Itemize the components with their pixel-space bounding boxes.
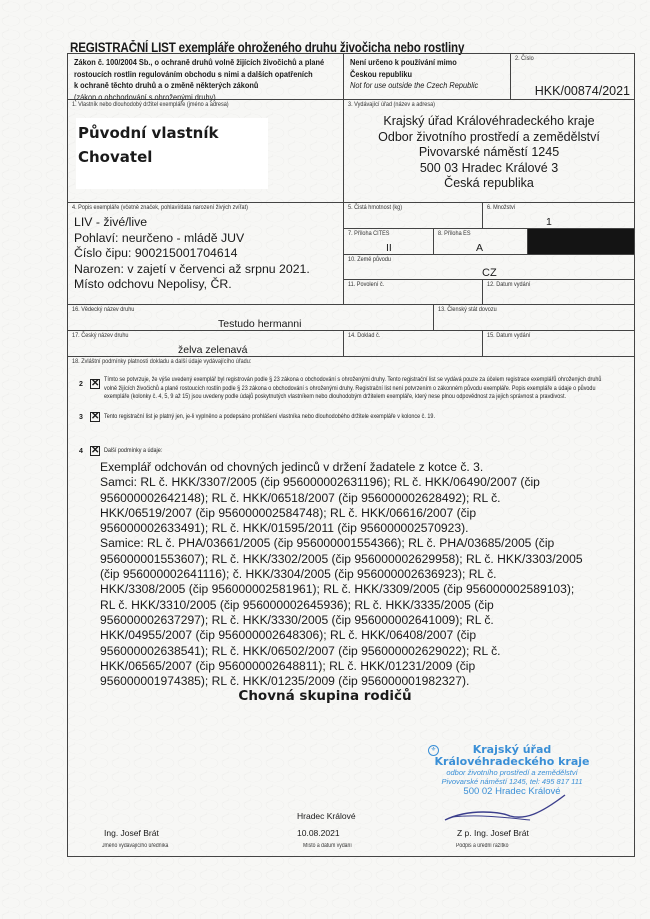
condition-line: Samice: RL č. PHA/03661/2005 (čip 956000…: [100, 536, 583, 551]
condition-line: Tímto se potvrzuje, že výše uvedený exem…: [104, 376, 601, 385]
condition-line: HKK/06565/2007 (čip 956000002648811); RL…: [100, 659, 583, 674]
field-label: 12. Datum vydání: [487, 281, 530, 288]
field-2-number: 2. Číslo HKK/00874/2021: [510, 53, 635, 100]
notice-line: Českou republiku: [350, 69, 478, 81]
field-label: 8. Příloha ES: [438, 230, 471, 237]
officer-caption: Jméno vydávajícího úředníka: [102, 843, 168, 849]
field-10-country-of-origin: 10. Země původu CZ: [343, 254, 635, 280]
condition-text-4: Další podmínky a údaje:: [104, 447, 162, 456]
condition-line: volně žijících živočichů a planě rostouc…: [104, 385, 601, 394]
condition-line: HKK/04955/2007 (čip 956000002648306); RL…: [100, 628, 583, 643]
conditions-heading: Chovná skupina rodičů: [0, 688, 650, 704]
field-label: 7. Příloha CITES: [348, 230, 389, 237]
field-label: 6. Množství: [487, 204, 515, 211]
condition-line: Samci: RL č. HKK/3307/2005 (čip 95600000…: [100, 475, 583, 490]
condition-line: 956000002637297); RL č. HKK/3330/2005 (č…: [100, 613, 583, 628]
field-9-redacted: [527, 228, 635, 255]
field-1-owner: 1. Vlastník nebo dlouhodobý držitel exem…: [67, 99, 344, 203]
field-5-net-mass: 5. Čistá hmotnost (kg): [343, 202, 483, 229]
field-label: 4. Popis exempláře (včetně značek, pohla…: [72, 204, 248, 211]
condition-checkbox[interactable]: ✕: [90, 412, 100, 422]
field-12-issue-date: 12. Datum vydání: [482, 279, 635, 305]
redaction-block: [528, 229, 634, 254]
notice-line: Není určeno k používání mimo: [350, 57, 478, 69]
field-label: 17. Český název druhu: [72, 332, 129, 339]
field-15-document-date: 15. Datum vydání: [482, 330, 635, 357]
condition-line: HKK/3308/2005 (čip 956000002581961); RL …: [100, 582, 583, 597]
field-8-es-appendix: 8. Příloha ES A: [433, 228, 528, 255]
scientific-name-value: Testudo hermanni: [218, 318, 301, 330]
field-14-document-number: 14. Doklad č.: [343, 330, 483, 357]
condition-line: 956000002642148); RL č. HKK/06518/2007 (…: [100, 491, 583, 506]
field-label: 14. Doklad č.: [348, 332, 380, 339]
country-of-origin-value: CZ: [482, 267, 497, 279]
issue-date: 10.08.2021: [297, 828, 340, 838]
field-13-member-state: 13. Členský stát dovozu: [433, 304, 635, 331]
condition-number: 3: [79, 414, 83, 421]
additional-conditions: Exemplář odchován od chovných jedinců v …: [100, 460, 583, 689]
condition-line: exempláře (kolonky č. 4, 5, 9 až 15) jso…: [104, 393, 601, 402]
place-date-caption: Místo a datum vydání: [303, 843, 352, 849]
es-appendix-value: A: [476, 242, 483, 254]
field-label: 3. Vydávající úřad (název a adresa): [348, 101, 435, 108]
description-line: Narozen: v zajetí v červenci až srpnu 20…: [74, 262, 310, 278]
office-line: Odbor životního prostředí a zemědělství: [344, 130, 634, 146]
owner-line: Původní vlastník: [78, 121, 218, 145]
specimen-description: LIV - živé/live Pohlaví: neurčeno - mlád…: [74, 215, 310, 293]
law-line: Zákon č. 100/2004 Sb., o ochraně druhů v…: [74, 57, 324, 69]
condition-line: 956000002638541); RL č. HKK/06502/2007 (…: [100, 644, 583, 659]
field-4-description: 4. Popis exempláře (včetně značek, pohla…: [67, 202, 344, 305]
field-label: 2. Číslo: [515, 55, 534, 62]
law-cell: Zákon č. 100/2004 Sb., o ochraně druhů v…: [67, 53, 344, 100]
field-label: 10. Země původu: [348, 256, 391, 263]
field-label: 16. Vědecký název druhu: [72, 306, 134, 313]
description-line: Pohlaví: neurčeno - mládě JUV: [74, 231, 310, 247]
field-11-permit-number: 11. Povolení č.: [343, 279, 483, 305]
stamp-line: Královéhradeckého kraje: [427, 756, 597, 768]
condition-number: 2: [79, 381, 83, 388]
description-line: Místo odchovu Nepolisy, ČR.: [74, 277, 310, 293]
field-label: 13. Členský stát dovozu: [438, 306, 497, 313]
officer-name: Ing. Josef Brát: [104, 828, 159, 838]
certificate-number: HKK/00874/2021: [535, 84, 630, 98]
signed-by: Z p. Ing. Josef Brát: [457, 828, 529, 838]
office-address: Krajský úřad Královéhradeckého kraje Odb…: [344, 114, 634, 192]
law-text: Zákon č. 100/2004 Sb., o ochraně druhů v…: [74, 57, 324, 103]
owner-name: Původní vlastník Chovatel: [76, 118, 268, 189]
usage-notice: Není určeno k používání mimo Českou repu…: [350, 57, 478, 92]
condition-line: 956000001553607); RL č. HKK/3302/2005 (č…: [100, 552, 583, 567]
office-line: Pivovarské náměstí 1245: [344, 145, 634, 161]
field-3-issuing-office: 3. Vydávající úřad (název a adresa) Kraj…: [343, 99, 635, 203]
condition-text-3: Tento registrační list je platný jen, je…: [104, 413, 435, 422]
field-17-czech-name: 17. Český název druhu želva zelenavá: [67, 330, 344, 357]
field-label: 1. Vlastník nebo dlouhodobý držitel exem…: [72, 101, 229, 108]
condition-line: RL č. HKK/3310/2005 (čip 956000002645936…: [100, 598, 583, 613]
owner-line: Chovatel: [78, 145, 218, 169]
law-line: k ochraně těchto druhů a o změně některý…: [74, 80, 324, 92]
description-line: LIV - živé/live: [74, 215, 310, 231]
signature-caption: Podpis a úřední razítko: [456, 843, 508, 849]
condition-line: 956000002633491); RL č. HKK/01595/2011 (…: [100, 521, 583, 536]
condition-line: HKK/06519/2007 (čip 956000002584748); RL…: [100, 506, 583, 521]
condition-line: Exemplář odchován od chovných jedinců v …: [100, 460, 583, 475]
stamp-line: Pivovarské náměstí 1245, tel: 495 817 11…: [427, 777, 597, 786]
office-line: Krajský úřad Královéhradeckého kraje: [344, 114, 634, 130]
czech-name-value: želva zelenavá: [178, 344, 247, 356]
field-label: 5. Čistá hmotnost (kg): [348, 204, 402, 211]
field-label: 15. Datum vydání: [487, 332, 530, 339]
condition-text-2: Tímto se potvrzuje, že výše uvedený exem…: [104, 376, 601, 402]
notice-cell: Není určeno k používání mimo Českou repu…: [343, 53, 511, 100]
cites-appendix-value: II: [386, 242, 392, 254]
condition-checkbox[interactable]: ✕: [90, 379, 100, 389]
description-line: Číslo čipu: 900215001704614: [74, 246, 310, 262]
signature-scribble: [440, 790, 570, 830]
field-label: 18. Zvláštní podmínky platnosti dokladu …: [72, 358, 251, 365]
condition-line: (čip 956000002641116); č. HKK/3304/2005 …: [100, 567, 583, 582]
field-label: 11. Povolení č.: [348, 281, 384, 288]
stamp-line: odbor životního prostředí a zemědělství: [427, 768, 597, 777]
office-line: 500 03 Hradec Králové 3: [344, 161, 634, 177]
field-7-cites-appendix: 7. Příloha CITES II: [343, 228, 434, 255]
field-6-quantity: 6. Množství 1: [482, 202, 635, 229]
quantity-value: 1: [546, 216, 552, 228]
notice-line-en: Not for use outside the Czech Republic: [350, 80, 478, 92]
condition-number: 4: [79, 448, 83, 455]
condition-checkbox[interactable]: ✕: [90, 446, 100, 456]
registration-certificate: REGISTRAČNÍ LIST exempláře ohroženého dr…: [0, 0, 650, 919]
office-line: Česká republika: [344, 176, 634, 192]
law-line: rostoucích rostlin regulováním obchodu s…: [74, 69, 324, 81]
issue-place: Hradec Králové: [297, 811, 356, 821]
field-16-scientific-name: 16. Vědecký název druhu Testudo hermanni: [67, 304, 434, 331]
